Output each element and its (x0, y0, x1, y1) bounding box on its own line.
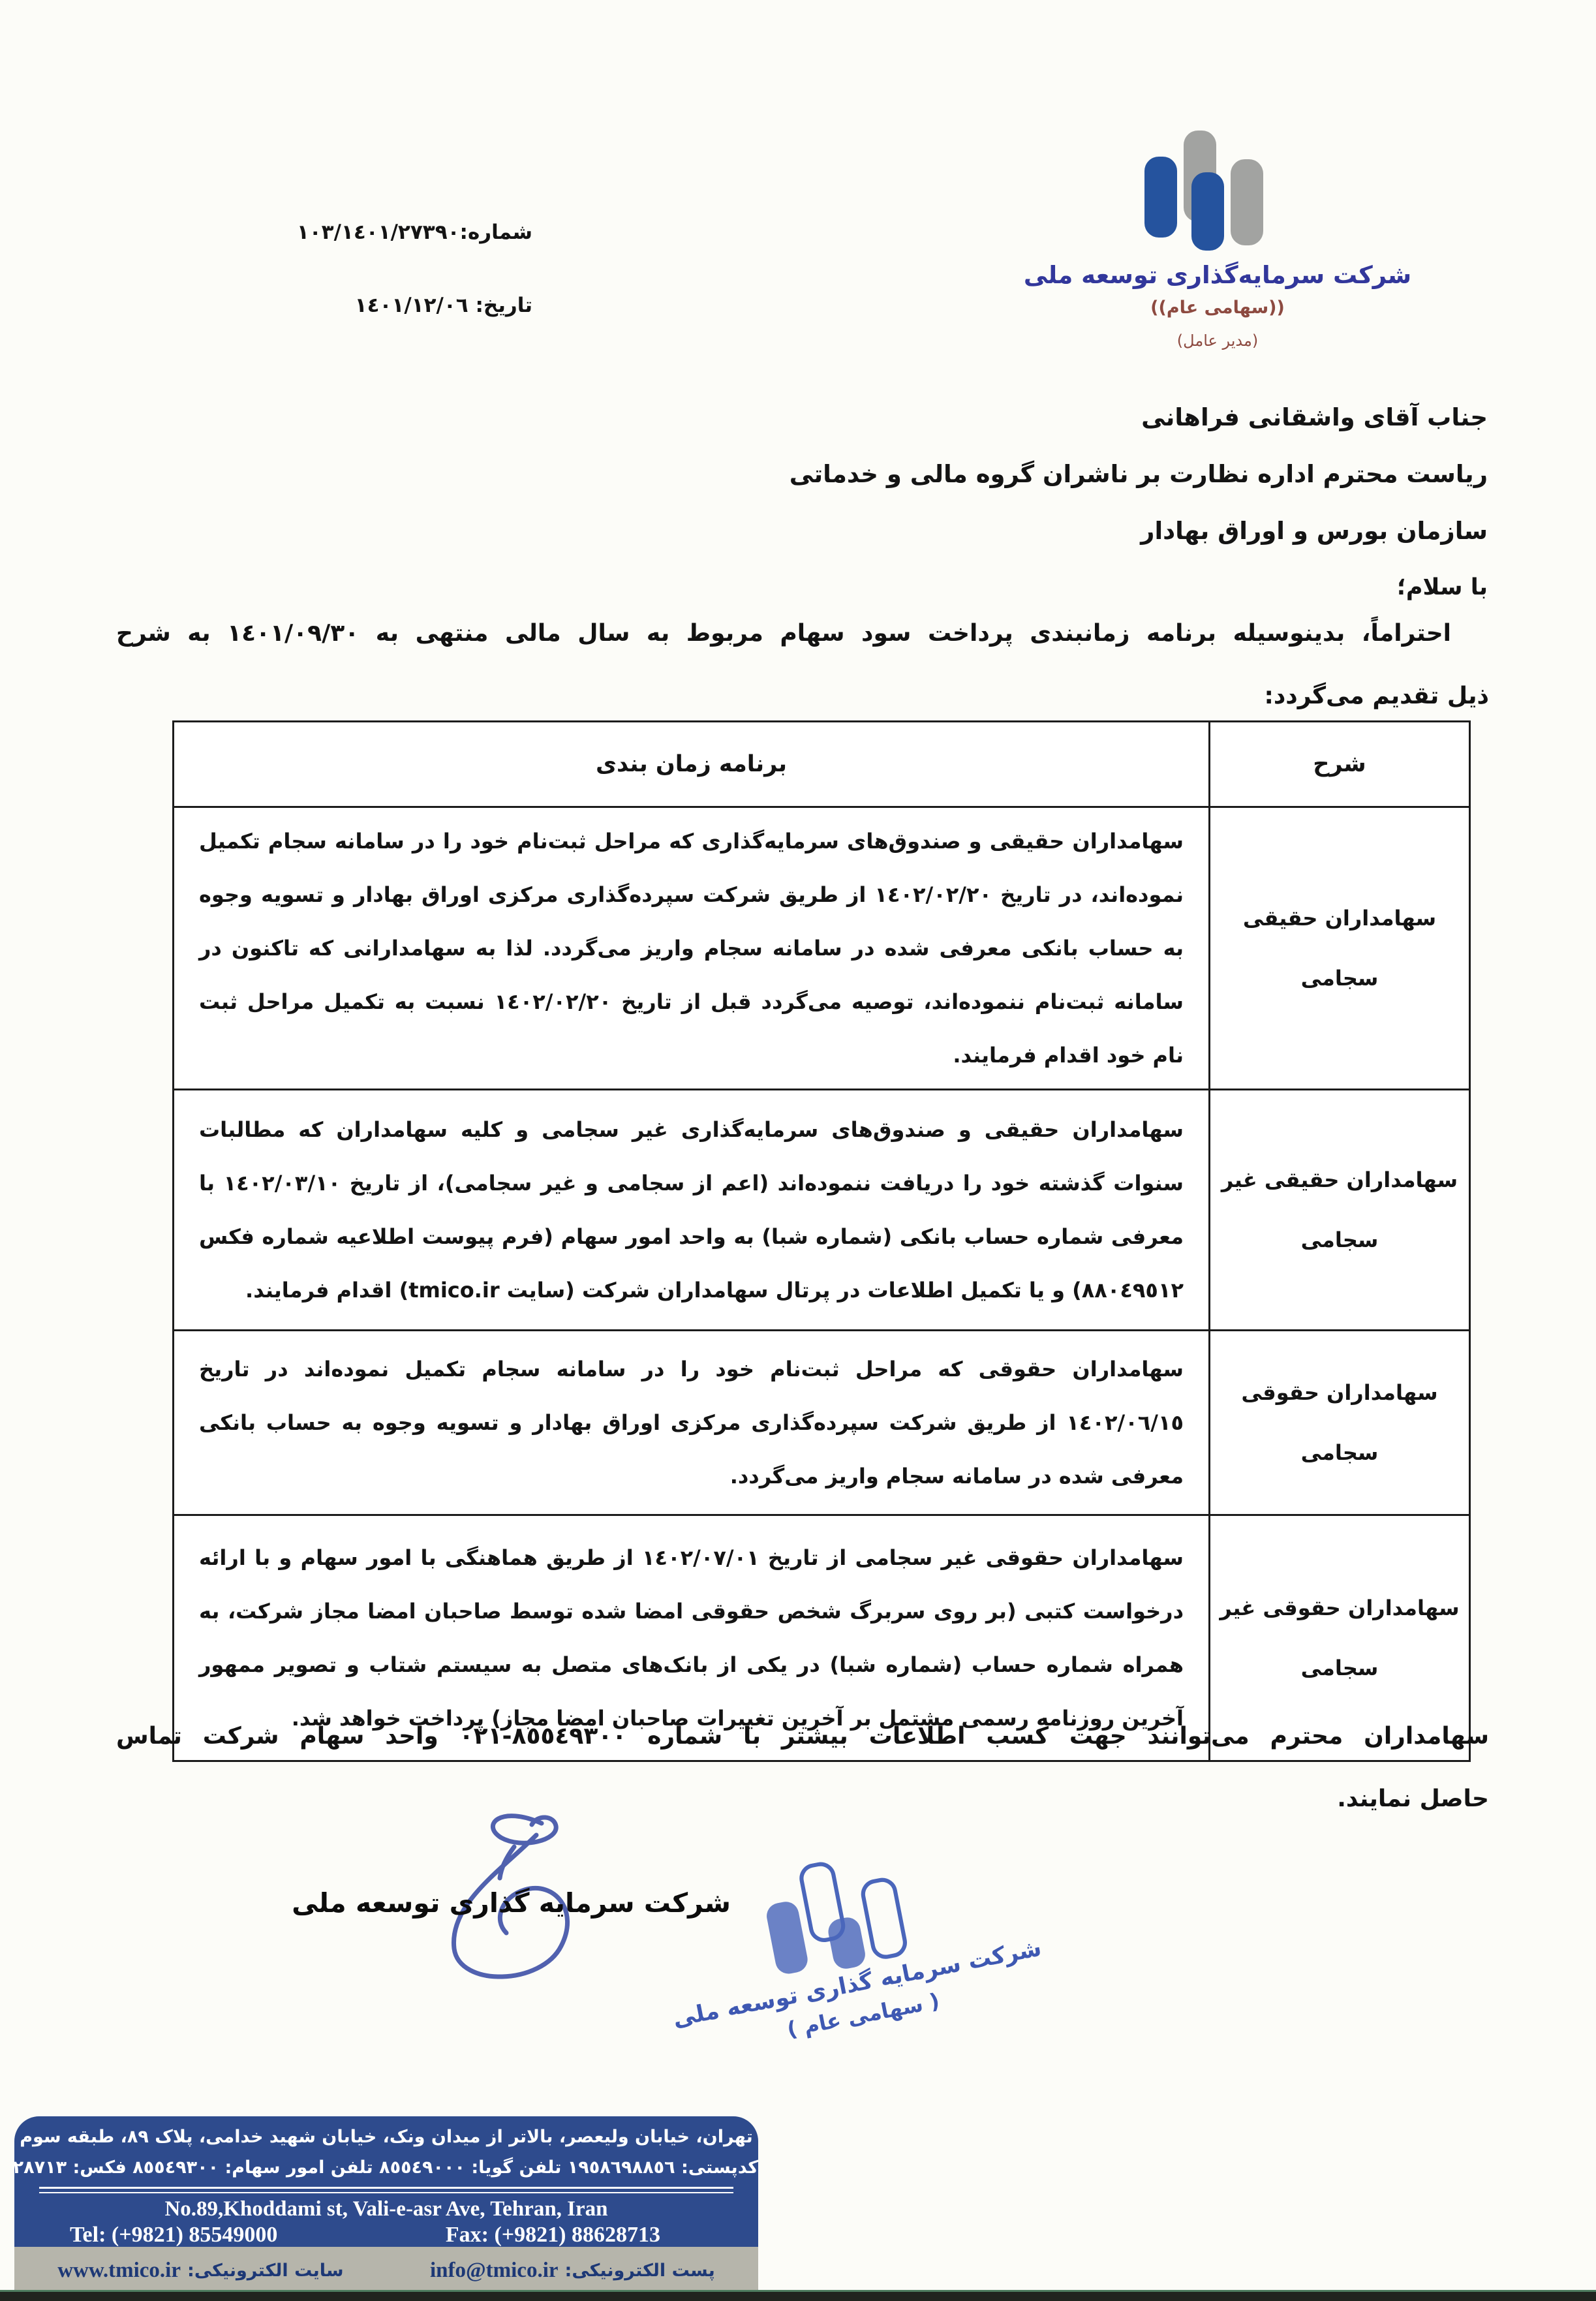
closing-line-1: سهامداران محترم می‌توانند جهت کسب اطلاعا… (116, 1723, 1489, 1785)
footer-address-en: No.89,Khoddami st, Vali-e-asr Ave, Tehra… (14, 2197, 758, 2221)
footer-tel: Tel: (+9821) 85549000 (70, 2223, 277, 2247)
closing-line-2: حاصل نمایند. (116, 1785, 1489, 1812)
footer-fax: Fax: (+9821) 88628713 (446, 2223, 660, 2247)
column-header-schedule: برنامه زمان بندی (174, 722, 1210, 807)
row-schedule: سهامداران حقوقی که مراحل ثبت‌نام خود را … (174, 1331, 1210, 1515)
table-row: سهامداران حقوقی سجامی سهامداران حقوقی که… (174, 1331, 1470, 1515)
footer-site-group: سایت الکترونیکی: www.tmico.ir (57, 2259, 343, 2283)
table-row: سهامداران حقیقی سجامی سهامداران حقیقی و … (174, 807, 1470, 1090)
company-stamp: شرکت سرمایه گذاری توسعه ملی ( سهامی عام … (647, 1823, 1065, 2133)
table-row: سهامداران حقیقی غیر سجامی سهامداران حقیق… (174, 1090, 1470, 1331)
closing-paragraph: سهامداران محترم می‌توانند جهت کسب اطلاعا… (116, 1723, 1489, 1812)
footer-divider (39, 2187, 733, 2193)
letter-number: شماره:١٠٣/١٤٠١/٢٧٣٩٠ (297, 196, 532, 269)
dividend-schedule-table: شرح برنامه زمان بندی سهامداران حقیقی سجا… (172, 720, 1471, 1762)
row-desc: سهامداران حقیقی غیر سجامی (1210, 1090, 1470, 1331)
row-schedule: سهامداران حقیقی و صندوق‌های سرمایه‌گذاری… (174, 807, 1210, 1090)
company-name: شرکت سرمایه‌گذاری توسعه ملی (1018, 261, 1417, 289)
footer-email-group: پست الکترونیکی: info@tmico.ir (430, 2259, 715, 2283)
company-logo-icon (1143, 129, 1265, 252)
recipient-title: ریاست محترم اداره نظارت بر ناشران گروه م… (790, 446, 1488, 502)
company-type: ((سهامی عام)) (1018, 298, 1417, 318)
footer-contact-box: تهران، خیابان ولیعصر، بالاتر از میدان ون… (14, 2116, 758, 2294)
footer-address-fa: تهران، خیابان ولیعصر، بالاتر از میدان ون… (14, 2127, 758, 2147)
footer-phone-en: Tel: (+9821) 85549000 Fax: (+9821) 88628… (14, 2223, 758, 2247)
recipient-organization: سازمان بورس و اوراق بهادار (790, 502, 1488, 559)
table-header-row: شرح برنامه زمان بندی (174, 722, 1470, 807)
footer-site-value[interactable]: www.tmico.ir (57, 2259, 181, 2283)
footer-email-value[interactable]: info@tmico.ir (430, 2259, 559, 2283)
row-desc: سهامداران حقیقی سجامی (1210, 807, 1470, 1090)
recipient-name: جناب آقای واشقانی فراهانی (790, 389, 1488, 446)
recipient-block: جناب آقای واشقانی فراهانی ریاست محترم اد… (790, 389, 1488, 616)
scan-edge-bar (0, 2290, 1596, 2301)
signer-role: (مدیر عامل) (1018, 332, 1417, 350)
column-header-desc: شرح (1210, 722, 1470, 807)
intro-paragraph: احتراماً، بدینوسیله برنامه زمانبندی پردا… (116, 620, 1489, 709)
salutation: با سلام؛ (790, 559, 1488, 616)
intro-line-1: احتراماً، بدینوسیله برنامه زمانبندی پردا… (116, 620, 1489, 683)
row-schedule: سهامداران حقیقی و صندوق‌های سرمایه‌گذاری… (174, 1090, 1210, 1331)
footer-contact-fa: کدپستی: ١٩٥٨٦٩٨٨٥٦ تلفن گویا: ٨٥٥٤٩٠٠٠ ت… (14, 2157, 758, 2178)
footer-email-label: پست الکترونیکی: (565, 2261, 715, 2281)
footer-site-label: سایت الکترونیکی: (187, 2261, 343, 2281)
letter-meta: شماره:١٠٣/١٤٠١/٢٧٣٩٠ تاريخ: ١٤٠١/١٢/٠٦ (297, 196, 532, 342)
letter-date: تاريخ: ١٤٠١/١٢/٠٦ (297, 269, 532, 342)
footer-links-strip: پست الکترونیکی: info@tmico.ir سایت الکتر… (14, 2247, 758, 2294)
intro-line-2: ذیل تقدیم می‌گردد: (116, 683, 1489, 709)
row-desc: سهامداران حقوقی سجامی (1210, 1331, 1470, 1515)
